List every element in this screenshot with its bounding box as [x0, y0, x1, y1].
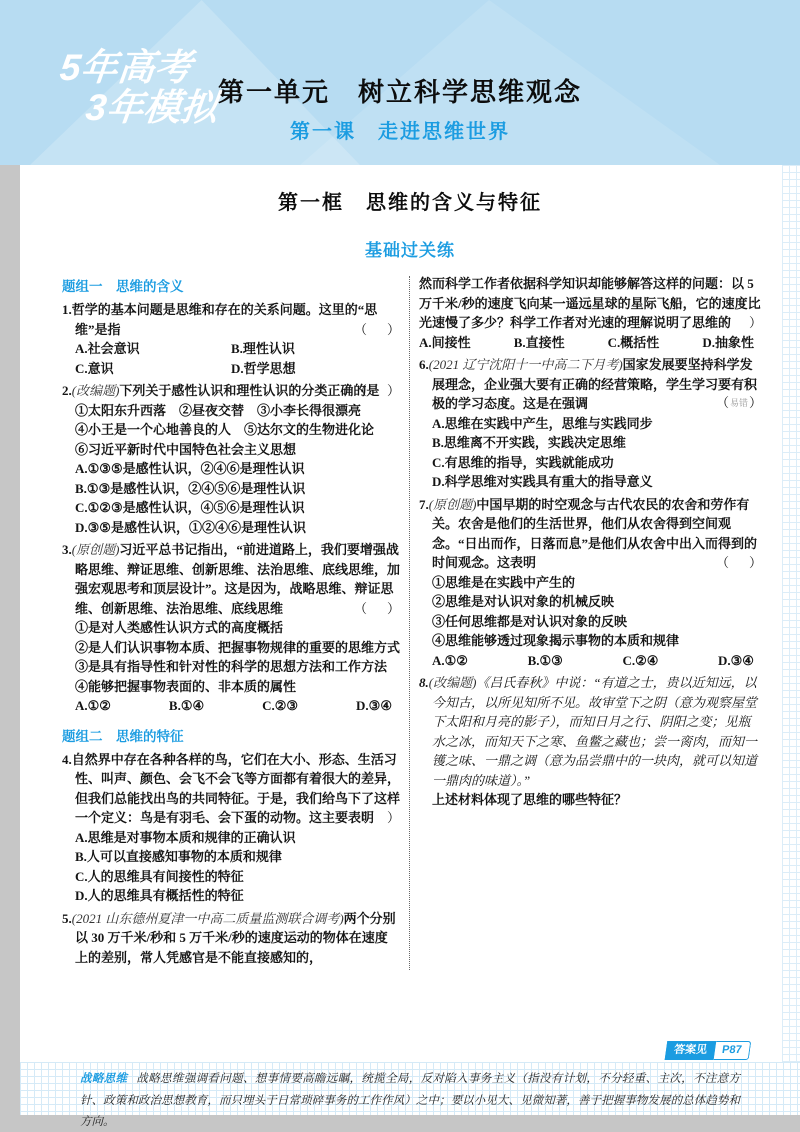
- choice-option: D.抽象性: [702, 333, 754, 353]
- choice-option: A.社会意识: [75, 339, 231, 359]
- question-source: (2021 山东德州夏津一中高二质量监测联合调考): [72, 911, 344, 926]
- question-source: (2021 辽宁沈阳十一中高二下月考): [429, 357, 623, 372]
- section-badge: 基础过关练: [20, 236, 800, 261]
- question-stem-text: 哲学的基本问题是思维和存在的关系问题。这里的“思维”是指: [72, 302, 378, 337]
- footer-grid-strip: 战略思维战略思维强调看问题、想事情要高瞻远瞩，统揽全局，反对陷入事务主义（指没有…: [20, 1062, 800, 1115]
- statement-item: ③是具有指导性和针对性的科学的思想方法和工作方法: [75, 657, 400, 677]
- question-source: (改编题): [429, 675, 477, 690]
- options-row: A.思维是对事物本质和规律的正确认识B.人可以直接感知事物的本质和规律C.人的思…: [75, 828, 400, 906]
- question-source: (原创题): [429, 497, 477, 512]
- choice-option: A.思维是对事物本质和规律的正确认识: [75, 828, 400, 848]
- statement-item: ①太阳东升西落 ②昼夜交替 ③小李长得很漂亮: [75, 401, 400, 421]
- question-number: 1.: [62, 302, 72, 317]
- question-stem: 5.(2021 山东德州夏津一中高二质量监测联合调考)两个分别以 30 万千米/…: [75, 909, 400, 968]
- question-number: 7.: [419, 497, 429, 512]
- choice-option: C.①②③是感性认识，④⑤⑥是理性认识: [75, 498, 400, 518]
- choice-option: A.思维在实践中产生，思维与实践同步: [432, 414, 762, 434]
- frame-title: 第一框 思维的含义与特征: [20, 165, 800, 215]
- choice-option: D.人的思维具有概括性的特征: [75, 886, 400, 906]
- question-stem-text: 然而科学工作者依据科学知识却能够解答这样的问题：以 5 万千米/秒的速度飞向某一…: [419, 276, 761, 330]
- question-stem: 8.(改编题)《吕氏春秋》中说：“有道之士，贵以近知远，以今知古，以所见知所不见…: [432, 673, 762, 790]
- answer-bracket: （）: [354, 320, 400, 340]
- answer-bracket: （）: [354, 808, 400, 828]
- page: 第一框 思维的含义与特征 基础过关练 题组一 思维的含义1.哲学的基本问题是思维…: [20, 165, 800, 1115]
- options-row: A.①②B.①③C.②④D.③④: [432, 651, 762, 671]
- right-column: 然而科学工作者依据科学知识却能够解答这样的问题：以 5 万千米/秒的速度飞向某一…: [419, 274, 762, 970]
- choice-option: B.直接性: [514, 333, 565, 353]
- question: 8.(改编题)《吕氏春秋》中说：“有道之士，贵以近知远，以今知古，以所见知所不见…: [419, 673, 762, 810]
- statement-item: ②思维是对认识对象的机械反映: [432, 592, 762, 612]
- options-row: A.思维在实践中产生，思维与实践同步B.思维离不开实践，实践决定思维C.有思维的…: [432, 414, 762, 492]
- options-row: A.①②B.①④C.②③D.③④: [75, 696, 400, 716]
- statement-item: ⑥习近平新时代中国特色社会主义思想: [75, 440, 400, 460]
- choice-option: B.理性认识: [231, 339, 400, 359]
- question-stem: 然而科学工作者依据科学知识却能够解答这样的问题：以 5 万千米/秒的速度飞向某一…: [419, 274, 762, 333]
- options-row: A.间接性B.直接性C.概括性D.抽象性: [419, 333, 762, 353]
- left-column: 题组一 思维的含义1.哲学的基本问题是思维和存在的关系问题。这里的“思维”是指（…: [62, 274, 400, 970]
- choice-option: D.哲学思想: [231, 359, 400, 379]
- choice-option: A.①③⑤是感性认识，②④⑥是理性认识: [75, 459, 400, 479]
- question: 6.(2021 辽宁沈阳十一中高二下月考)国家发展要坚持科学发展理念，企业强大要…: [419, 355, 762, 492]
- question-source: (改编题): [72, 383, 120, 398]
- question-number: 8.: [419, 675, 429, 690]
- error-prone-badge: 易错: [729, 394, 749, 414]
- unit-title: 第一单元 树立科学思维观念: [0, 72, 800, 109]
- question: 2.(改编题)下列关于感性认识和理性认识的分类正确的是（）①太阳东升西落 ②昼夜…: [62, 381, 400, 537]
- choice-option: B.人可以直接感知事物的本质和规律: [75, 847, 400, 867]
- question-continuation: 然而科学工作者依据科学知识却能够解答这样的问题：以 5 万千米/秒的速度飞向某一…: [419, 274, 762, 352]
- answer-bracket: （）: [354, 599, 400, 619]
- answer-bracket: （）: [354, 381, 400, 401]
- choice-option: A.①②: [75, 696, 111, 716]
- question-number: 3.: [62, 542, 72, 557]
- answer-ref-label: 答案见: [665, 1041, 717, 1060]
- choice-option: C.人的思维具有间接性的特征: [75, 867, 400, 887]
- question-number: 2.: [62, 383, 72, 398]
- answer-ref-page: P87: [714, 1041, 751, 1060]
- choice-option: C.②③: [262, 696, 298, 716]
- question-number: 5.: [62, 911, 72, 926]
- choice-option: C.有思维的指导，实践就能成功: [432, 453, 762, 473]
- question-stem-text: 下列关于感性认识和理性认识的分类正确的是: [119, 383, 379, 398]
- question-group-label: 题组一 思维的含义: [62, 275, 400, 295]
- statement-item: ①思维是在实践中产生的: [432, 573, 762, 593]
- question: 5.(2021 山东德州夏津一中高二质量监测联合调考)两个分别以 30 万千米/…: [62, 909, 400, 968]
- options-row: A.①③⑤是感性认识，②④⑥是理性认识B.①③是感性认识，②④⑤⑥是理性认识C.…: [75, 459, 400, 537]
- question-source: (原创题): [72, 542, 120, 557]
- statement-item: ①是对人类感性认识方式的高度概括: [75, 618, 400, 638]
- choice-option: C.意识: [75, 359, 231, 379]
- question-number: 6.: [419, 357, 429, 372]
- question-number: 4.: [62, 752, 72, 767]
- question-stem: 1.哲学的基本问题是思维和存在的关系问题。这里的“思维”是指（）: [75, 300, 400, 339]
- choice-option: A.①②: [432, 651, 468, 671]
- choice-option: A.间接性: [419, 333, 471, 353]
- answer-ref-badge: 答案见 P87: [665, 1041, 751, 1060]
- question: 7.(原创题)中国早期的时空观念与古代农民的农舍和劳作有关。农舍是他们的生活世界…: [419, 495, 762, 671]
- lesson-title: 第一课 走进思维世界: [0, 115, 800, 144]
- question: 3.(原创题)习近平总书记指出，“前进道路上，我们要增强战略思维、辩证思维、创新…: [62, 540, 400, 716]
- answer-bracket: （）: [716, 553, 762, 573]
- statement-item: ④能够把握事物表面的、非本质的属性: [75, 677, 400, 697]
- choice-option: B.①④: [169, 696, 204, 716]
- choice-option: D.科学思维对实践具有重大的指导意义: [432, 472, 762, 492]
- column-divider: [409, 276, 410, 970]
- answer-bracket: （）: [716, 313, 762, 333]
- choice-option: C.概括性: [608, 333, 660, 353]
- choice-option: B.①③是感性认识，②④⑤⑥是理性认识: [75, 479, 400, 499]
- question: 4.自然界中存在各种各样的鸟，它们在大小、形态、生活习性、叫声、颜色、会飞不会飞…: [62, 750, 400, 906]
- question-stem: 4.自然界中存在各种各样的鸟，它们在大小、形态、生活习性、叫声、颜色、会飞不会飞…: [75, 750, 400, 828]
- question-stem-text: 《吕氏春秋》中说：“有道之士，贵以近知远，以今知古，以所见知所不见。故审堂下之阴…: [432, 675, 757, 788]
- question-stem: 2.(改编题)下列关于感性认识和理性认识的分类正确的是（）: [75, 381, 400, 401]
- question: 1.哲学的基本问题是思维和存在的关系问题。这里的“思维”是指（）A.社会意识B.…: [62, 300, 400, 378]
- footer-note: 战略思维战略思维强调看问题、想事情要高瞻远瞩，统揽全局，反对陷入事务主义（指没有…: [80, 1069, 740, 1132]
- choice-option: C.②④: [622, 651, 658, 671]
- question-stem: 3.(原创题)习近平总书记指出，“前进道路上，我们要增强战略思维、辩证思维、创新…: [75, 540, 400, 618]
- question-stem-text: 习近平总书记指出，“前进道路上，我们要增强战略思维、辩证思维、创新思维、法治思维…: [75, 542, 400, 616]
- choice-option: D.③④: [356, 696, 392, 716]
- header-band: 5年高考 3年模拟 第一单元 树立科学思维观念 第一课 走进思维世界: [0, 0, 800, 165]
- statement-item: ②是人们认识事物本质、把握事物规律的重要的思维方式: [75, 638, 400, 658]
- footer-note-text: 战略思维强调看问题、想事情要高瞻远瞩，统揽全局，反对陷入事务主义（指没有计划，不…: [80, 1073, 740, 1128]
- question-tail: 上述材料体现了思维的哪些特征？: [432, 790, 762, 810]
- question-stem: 6.(2021 辽宁沈阳十一中高二下月考)国家发展要坚持科学发展理念，企业强大要…: [432, 355, 762, 414]
- question-stem-text: 自然界中存在各种各样的鸟，它们在大小、形态、生活习性、叫声、颜色、会飞不会飞等方…: [72, 752, 400, 826]
- question-columns: 题组一 思维的含义1.哲学的基本问题是思维和存在的关系问题。这里的“思维”是指（…: [20, 274, 800, 970]
- question-stem-text: 中国早期的时空观念与古代农民的农舍和劳作有关。农舍是他们的生活世界，他们从农舍得…: [432, 497, 757, 571]
- question-group-label: 题组二 思维的特征: [62, 725, 400, 745]
- statement-item: ③任何思维都是对认识对象的反映: [432, 612, 762, 632]
- statement-item: ④小王是一个心地善良的人 ⑤达尔文的生物进化论: [75, 420, 400, 440]
- choice-option: D.③④: [718, 651, 754, 671]
- footer-note-label: 战略思维: [80, 1073, 127, 1085]
- choice-option: D.③⑤是感性认识，①②④⑥是理性认识: [75, 518, 400, 538]
- statement-item: ④思维能够透过现象揭示事物的本质和规律: [432, 631, 762, 651]
- options-row: A.社会意识B.理性认识C.意识D.哲学思想: [75, 339, 400, 378]
- answer-bracket: （易错）: [716, 393, 762, 414]
- question-stem: 7.(原创题)中国早期的时空观念与古代农民的农舍和劳作有关。农舍是他们的生活世界…: [432, 495, 762, 573]
- choice-option: B.①③: [528, 651, 563, 671]
- choice-option: B.思维离不开实践，实践决定思维: [432, 433, 762, 453]
